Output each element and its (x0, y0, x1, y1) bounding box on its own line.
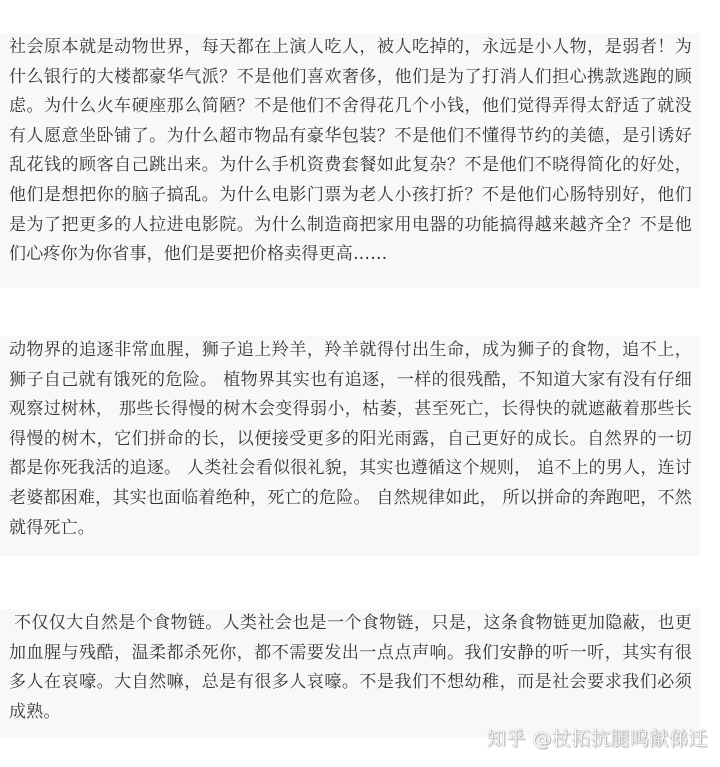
zhihu-watermark: 知乎 @杖拓抗腿呜献俤迁 (487, 724, 708, 751)
paragraph-block-2: 动物界的追逐非常血腥，狮子追上羚羊，羚羊就得付出生命，成为狮子的食物，追不上，狮… (0, 336, 700, 556)
paragraph-text: 动物界的追逐非常血腥，狮子追上羚羊，羚羊就得付出生命，成为狮子的食物，追不上，狮… (9, 336, 692, 543)
paragraph-block-1: 社会原本就是动物世界，每天都在上演人吃人，被人吃掉的，永远是小人物，是弱者！为什… (0, 33, 700, 288)
paragraph-block-3: 不仅仅大自然是个食物链。人类社会也是一个食物链，只是，这条食物链更加隐蔽，也更加… (0, 609, 700, 737)
paragraph-text: 社会原本就是动物世界，每天都在上演人吃人，被人吃掉的，永远是小人物，是弱者！为什… (9, 33, 692, 270)
paragraph-text: 不仅仅大自然是个食物链。人类社会也是一个食物链，只是，这条食物链更加隐蔽，也更加… (9, 609, 692, 727)
